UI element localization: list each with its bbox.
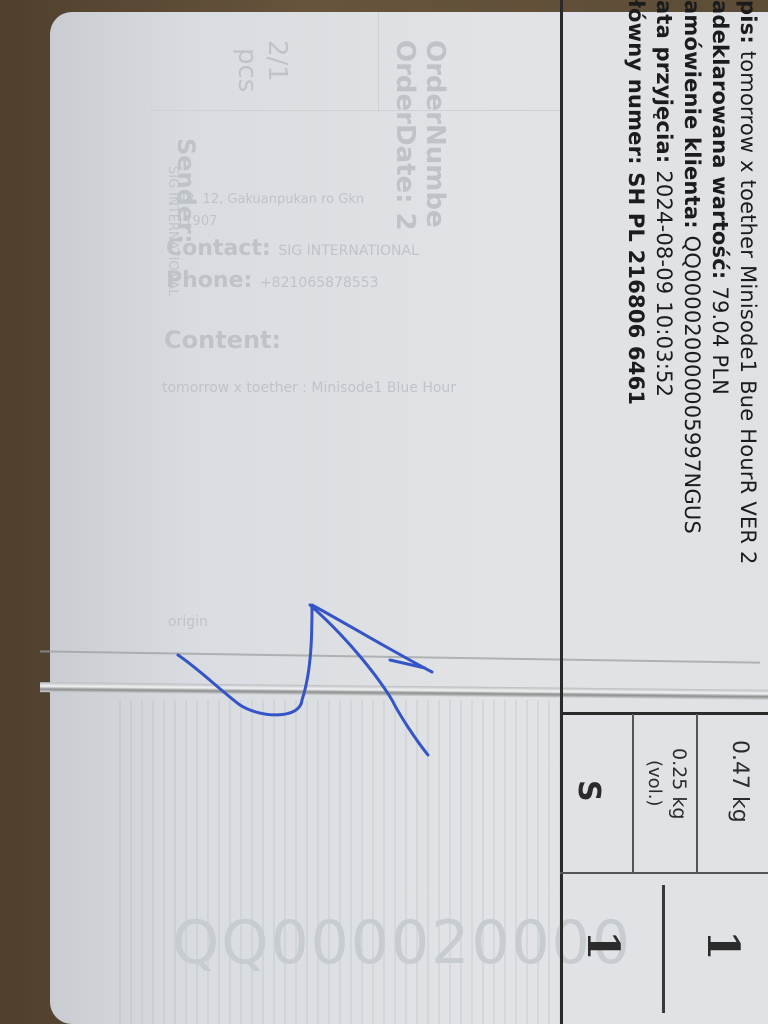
- show-through-barcode-text: QQ000020000: [172, 908, 632, 978]
- parcel-total: 1: [577, 930, 628, 961]
- acceptance-date-line: ata przyjęcia: 2024-08-09 10:03:52: [652, 0, 676, 397]
- contact-label: Contact:: [166, 236, 271, 261]
- phone-label: Phone:: [166, 268, 252, 293]
- weight-value: 0.47 kg: [727, 740, 752, 823]
- acceptance-date-label: ata przyjęcia:: [652, 0, 676, 163]
- show-through-content-heading: Content:: [164, 326, 281, 354]
- fraction-bar: [662, 885, 665, 1013]
- faint-divider: [150, 110, 560, 111]
- show-through-sender-address: NR. 12, Gakuanpukan ro Gkn: [176, 192, 364, 207]
- declared-value-line: adeklarowana wartość: 79.04 PLN: [708, 0, 732, 395]
- customer-order-label: amówienie klienta:: [680, 0, 704, 229]
- panel-border: [560, 0, 563, 1024]
- customer-order-value: QQ000020000005997NGUS: [680, 229, 704, 534]
- show-through-phone: Phone: +821065878553: [166, 268, 379, 293]
- volumetric-weight-value: 0.25 kg: [668, 748, 690, 819]
- declared-value: 79.04 PLN: [708, 280, 732, 396]
- show-through-origin: origin: [168, 614, 208, 630]
- main-number-line: łówny numer: SH PL 216806 6461: [624, 0, 648, 405]
- panel-divider: [560, 712, 768, 715]
- show-through-postcode: 11907: [176, 214, 217, 229]
- description-label: pis:: [736, 0, 760, 44]
- show-through-contact: Contact: SIG INTERNATIONAL: [166, 236, 419, 261]
- show-through-pieces: 2/1: [262, 40, 292, 82]
- main-number-label: łówny numer:: [624, 0, 648, 165]
- customer-order-line: amówienie klienta: QQ000020000005997NGUS: [680, 0, 704, 534]
- description-line: pis: tomorrow x toether Minisode1 Bue Ho…: [736, 0, 760, 565]
- faint-divider: [378, 12, 379, 112]
- show-through-order-number: OrderNumbe: [420, 40, 450, 228]
- cell-divider: [560, 872, 768, 874]
- declared-value-label: adeklarowana wartość:: [708, 0, 732, 280]
- show-through-order-date: OrderDate: 2: [390, 40, 420, 231]
- show-through-content-value: tomorrow x toether : Minisode1 Blue Hour: [162, 380, 456, 396]
- phone-value: +821065878553: [260, 275, 379, 291]
- size-class: S: [571, 780, 606, 802]
- parcel-number: 1: [697, 930, 748, 961]
- acceptance-date-value: 2024-08-09 10:03:52: [652, 163, 676, 397]
- cell-divider: [632, 714, 634, 874]
- volumetric-note: (vol.): [644, 760, 665, 806]
- main-number-value: SH PL 216806 6461: [624, 165, 648, 405]
- show-through-pieces-unit: pcs: [232, 48, 262, 92]
- cell-divider: [696, 714, 698, 874]
- contact-value: SIG INTERNATIONAL: [278, 243, 419, 259]
- description-value: tomorrow x toether Minisode1 Bue HourR V…: [736, 44, 760, 565]
